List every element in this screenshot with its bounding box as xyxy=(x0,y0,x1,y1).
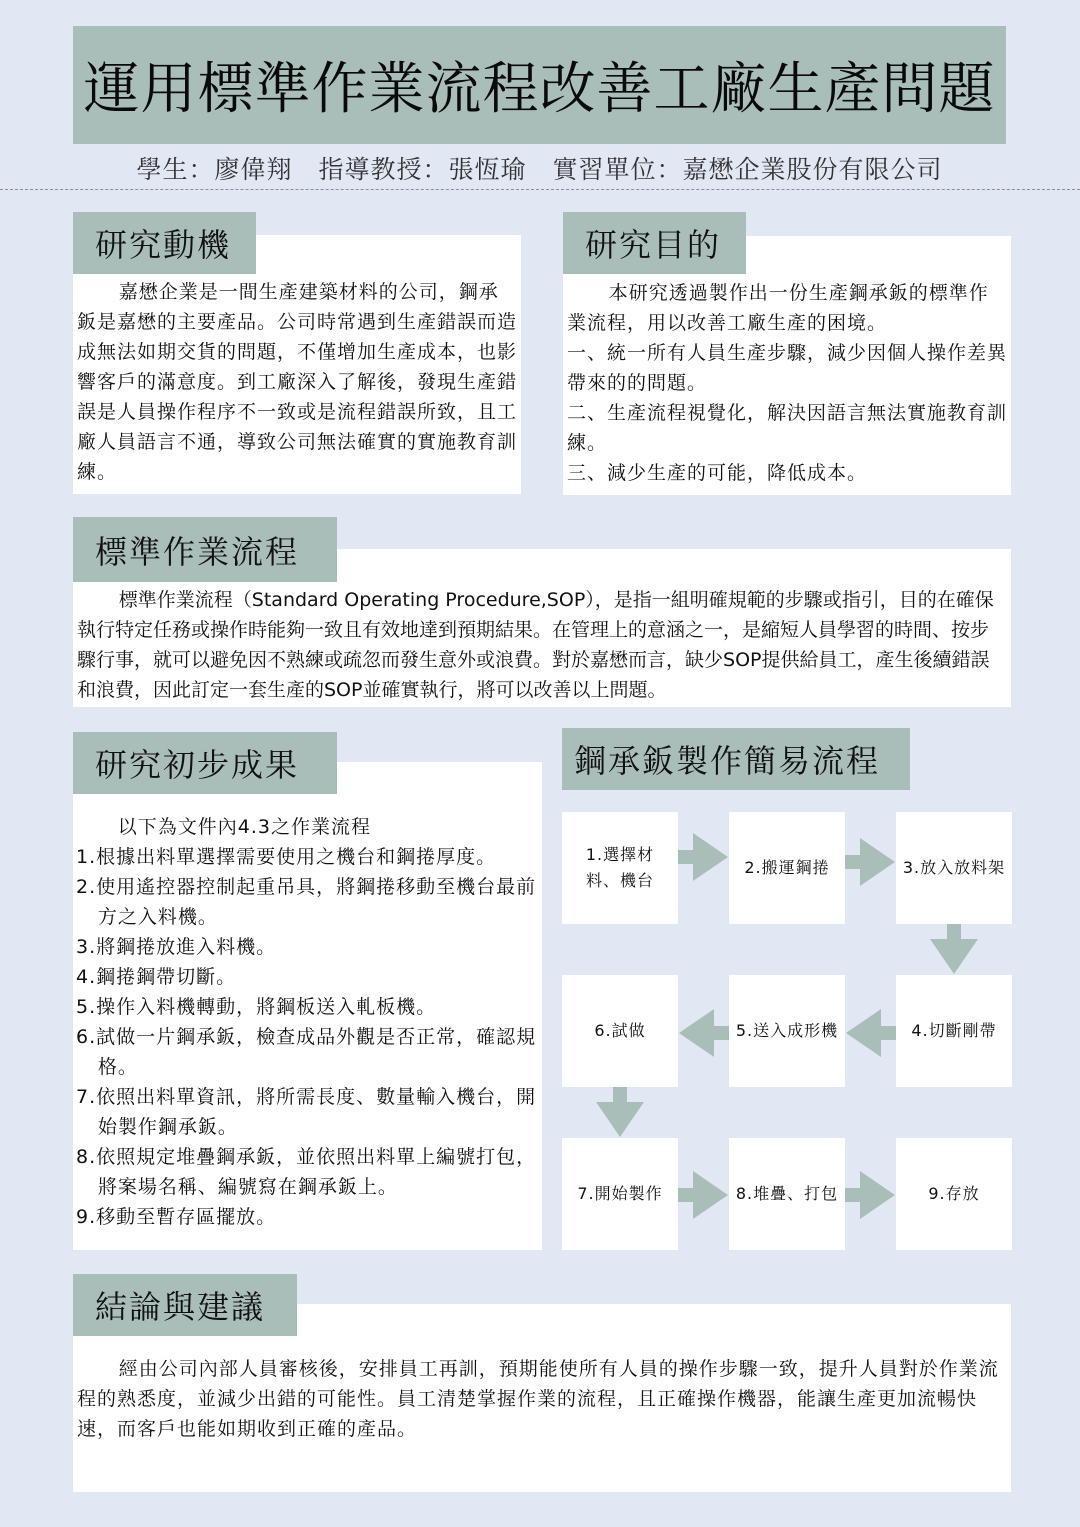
motivation-paragraph: 嘉懋企業是一間生產建築材料的公司，鋼承鈑是嘉懋的主要產品。公司時常遇到生產錯誤而… xyxy=(77,277,517,487)
conclusion-paragraph: 經由公司內部人員審核後，安排員工再訓，預期能使所有人員的操作步驟一致，提升人員對… xyxy=(77,1354,1007,1444)
arrow-right-icon xyxy=(845,1170,896,1220)
flow-step-label: 9.存放 xyxy=(928,1181,979,1207)
conclusion-heading-text: 結論與建議 xyxy=(95,1282,265,1328)
flow-step-9: 9.存放 xyxy=(896,1138,1012,1250)
results-step: 2.使用遙控器控制起重吊具，將鋼捲移動至機台最前方之入料機。 xyxy=(76,872,538,932)
poster-title-text: 運用標準作業流程改善工廠生產問題 xyxy=(84,45,996,125)
arrow-down-icon xyxy=(595,1087,645,1138)
sop-paragraph: 標準作業流程（Standard Operating Procedure,SOP）… xyxy=(77,585,1007,705)
results-step: 5.操作入料機轉動，將鋼板送入軋板機。 xyxy=(76,992,538,1022)
flow-step-7: 7.開始製作 xyxy=(562,1138,678,1250)
results-heading: 研究初步成果 xyxy=(73,732,337,794)
results-step: 8.依照規定堆疊鋼承鈑，並依照出料單上編號打包，將案場名稱、編號寫在鋼承鈑上。 xyxy=(76,1142,538,1202)
flow-step-label: 8.堆疊、打包 xyxy=(736,1181,838,1207)
flow-step-label: 5.送入成形機 xyxy=(736,1018,838,1044)
purpose-item: 二、生產流程視覺化，解決因語言無法實施教育訓練。 xyxy=(567,398,1007,458)
arrow-down-icon xyxy=(929,924,979,975)
author-line-text: 學生：廖偉翔 指導教授：張恆瑜 實習單位：嘉懋企業股份有限公司 xyxy=(136,150,942,186)
purpose-intro: 本研究透過製作出一份生產鋼承鈑的標準作業流程，用以改善工廠生產的困境。 xyxy=(567,278,1007,338)
results-step: 9.移動至暫存區擺放。 xyxy=(76,1202,538,1232)
results-step: 1.根據出料單選擇需要使用之機台和鋼捲厚度。 xyxy=(76,842,538,872)
flow-step-label: 4.切斷剛帶 xyxy=(911,1018,996,1044)
sop-heading: 標準作業流程 xyxy=(73,517,337,582)
motivation-heading: 研究動機 xyxy=(73,212,256,274)
results-step: 3.將鋼捲放進入料機。 xyxy=(76,932,538,962)
purpose-heading-text: 研究目的 xyxy=(585,220,721,266)
purpose-item: 三、減少生產的可能，降低成本。 xyxy=(567,458,1007,488)
flow-heading-text: 鋼承鈑製作簡易流程 xyxy=(574,736,880,782)
flow-step-4: 4.切斷剛帶 xyxy=(896,975,1012,1087)
flow-step-label: 3.放入放料架 xyxy=(903,855,1005,881)
sop-body: 標準作業流程（Standard Operating Procedure,SOP）… xyxy=(77,585,1007,705)
flow-step-3: 3.放入放料架 xyxy=(896,812,1012,924)
flow-heading: 鋼承鈑製作簡易流程 xyxy=(562,728,910,790)
author-line: 學生：廖偉翔 指導教授：張恆瑜 實習單位：嘉懋企業股份有限公司 xyxy=(73,148,1006,188)
arrow-left-icon xyxy=(845,1008,896,1058)
motivation-body: 嘉懋企業是一間生產建築材料的公司，鋼承鈑是嘉懋的主要產品。公司時常遇到生產錯誤而… xyxy=(77,277,517,487)
purpose-heading: 研究目的 xyxy=(563,212,746,274)
flow-step-label: 2.搬運鋼捲 xyxy=(744,855,829,881)
header-divider xyxy=(0,189,1080,190)
flow-step-1: 1.選擇材料、機台 xyxy=(562,812,678,924)
flow-step-label: 7.開始製作 xyxy=(577,1181,662,1207)
sop-heading-text: 標準作業流程 xyxy=(95,527,299,573)
results-step: 4.鋼捲鋼帶切斷。 xyxy=(76,962,538,992)
flow-step-label: 6.試做 xyxy=(594,1018,645,1044)
arrow-right-icon xyxy=(845,837,896,887)
poster-title: 運用標準作業流程改善工廠生產問題 xyxy=(73,26,1006,144)
results-body: 以下為文件內4.3之作業流程 1.根據出料單選擇需要使用之機台和鋼捲厚度。 2.… xyxy=(76,812,538,1232)
results-heading-text: 研究初步成果 xyxy=(95,740,299,786)
results-step: 6.試做一片鋼承鈑，檢查成品外觀是否正常，確認規格。 xyxy=(76,1022,538,1082)
flow-step-2: 2.搬運鋼捲 xyxy=(729,812,845,924)
flow-step-5: 5.送入成形機 xyxy=(729,975,845,1087)
results-step: 7.依照出料單資訊，將所需長度、數量輸入機台，開始製作鋼承鈑。 xyxy=(76,1082,538,1142)
conclusion-body: 經由公司內部人員審核後，安排員工再訓，預期能使所有人員的操作步驟一致，提升人員對… xyxy=(77,1354,1007,1444)
arrow-right-icon xyxy=(678,1170,729,1220)
motivation-heading-text: 研究動機 xyxy=(95,220,231,266)
arrow-right-icon xyxy=(678,832,729,882)
flow-step-label: 1.選擇材料、機台 xyxy=(570,842,670,894)
flow-step-6: 6.試做 xyxy=(562,975,678,1087)
flow-step-8: 8.堆疊、打包 xyxy=(729,1138,845,1250)
purpose-item: 一、統一所有人員生產步驟，減少因個人操作差異帶來的的問題。 xyxy=(567,338,1007,398)
results-intro: 以下為文件內4.3之作業流程 xyxy=(76,812,538,842)
arrow-left-icon xyxy=(678,1008,729,1058)
purpose-body: 本研究透過製作出一份生產鋼承鈑的標準作業流程，用以改善工廠生產的困境。 一、統一… xyxy=(567,278,1007,488)
conclusion-heading: 結論與建議 xyxy=(73,1274,297,1336)
